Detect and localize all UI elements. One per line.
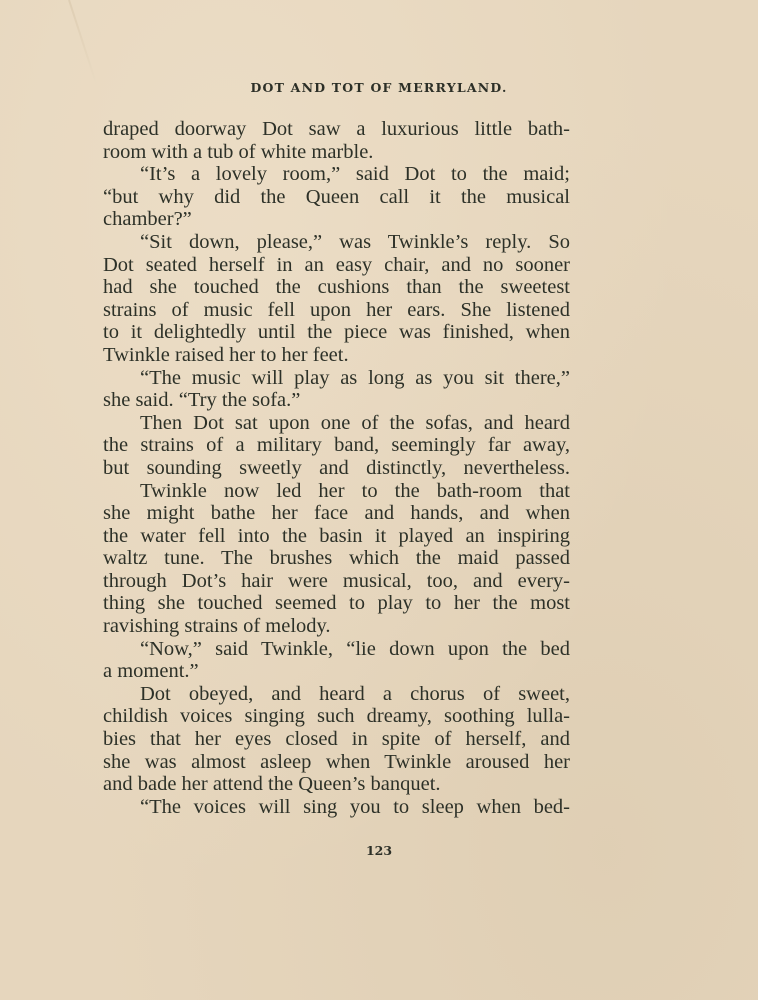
text-line: Dot obeyed, and heard a chorus of sweet, (103, 683, 570, 706)
text-line: “The music will play as long as you sit … (103, 367, 570, 390)
text-line: “but why did the Queen call it the music… (103, 186, 570, 209)
text-line: “It’s a lovely room,” said Dot to the ma… (103, 163, 570, 186)
text-line: strains of music fell upon her ears. She… (103, 299, 570, 322)
text-line: “Now,” said Twinkle, “lie down upon the … (103, 638, 570, 661)
text-line: she said. “Try the sofa.” (103, 389, 570, 412)
text-line: the water fell into the basin it played … (103, 525, 570, 548)
body-text: draped doorway Dot saw a luxurious littl… (103, 118, 570, 818)
text-line: Then Dot sat upon one of the sofas, and … (103, 412, 570, 435)
book-page: DOT AND TOT OF MERRYLAND. draped doorway… (0, 0, 758, 1000)
text-line: through Dot’s hair were musical, too, an… (103, 570, 570, 593)
text-line: room with a tub of white marble. (103, 141, 570, 164)
text-line: childish voices singing such dreamy, soo… (103, 705, 570, 728)
text-line: a moment.” (103, 660, 570, 683)
text-line: waltz tune. The brushes which the maid p… (103, 547, 570, 570)
text-line: Twinkle raised her to her feet. (103, 344, 570, 367)
text-line: Dot seated herself in an easy chair, and… (103, 254, 570, 277)
text-line: chamber?” (103, 208, 570, 231)
text-line: bies that her eyes closed in spite of he… (103, 728, 570, 751)
text-line: she might bathe her face and hands, and … (103, 502, 570, 525)
paper-crease (68, 0, 98, 86)
text-line: ravishing strains of melody. (103, 615, 570, 638)
text-line: had she touched the cushions than the sw… (103, 276, 570, 299)
text-line: “Sit down, please,” was Twinkle’s reply.… (103, 231, 570, 254)
text-line: draped doorway Dot saw a luxurious littl… (103, 118, 570, 141)
text-line: but sounding sweetly and distinctly, nev… (103, 457, 570, 480)
page-number: 123 (0, 843, 758, 858)
text-line: to it delightedly until the piece was fi… (103, 321, 570, 344)
text-line: she was almost asleep when Twinkle arous… (103, 751, 570, 774)
running-head: DOT AND TOT OF MERRYLAND. (0, 80, 758, 95)
text-line: and bade her attend the Queen’s banquet. (103, 773, 570, 796)
text-line: Twinkle now led her to the bath-room tha… (103, 480, 570, 503)
text-line: the strains of a military band, seemingl… (103, 434, 570, 457)
text-line: thing she touched seemed to play to her … (103, 592, 570, 615)
text-line: “The voices will sing you to sleep when … (103, 796, 570, 819)
